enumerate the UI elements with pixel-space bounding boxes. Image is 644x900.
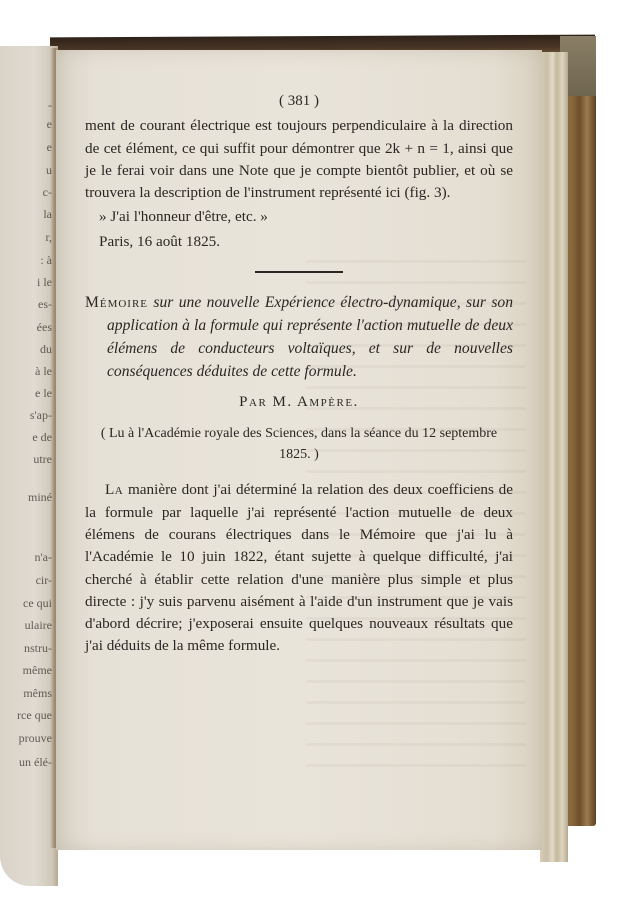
body-lead: La: [105, 481, 123, 498]
right-page: ( 381 ) ment de courant électrique est t…: [56, 50, 542, 850]
memoir-title-lead: Mémoire: [85, 294, 148, 311]
body-text: manière dont j'ai déterminé la relation …: [85, 481, 513, 654]
author-line: Par M. Ampère.: [85, 391, 513, 413]
left-page-text-fragment: un élé-: [19, 755, 52, 770]
page-text-block: ( 381 ) ment de courant électrique est t…: [85, 90, 513, 658]
page-number: ( 381 ): [85, 90, 513, 112]
section-divider: [255, 271, 343, 273]
left-page-text-fragment: nstru-: [24, 641, 52, 656]
opening-paragraph: ment de courant électrique est toujours …: [85, 115, 513, 204]
left-page-text-fragment: ulaire: [25, 618, 52, 633]
left-page-text-fragment: miné: [28, 490, 52, 505]
left-page-text-fragment: même: [23, 663, 52, 678]
left-page-text-fragment: rce que: [17, 708, 52, 723]
page-stack-edge: [540, 52, 568, 862]
memoir-title-rest: sur une nouvelle Expérience électro-dyna…: [107, 294, 513, 380]
place-date: Paris, 16 août 1825.: [85, 231, 513, 253]
read-note: ( Lu à l'Académie royale des Sciences, d…: [85, 423, 513, 465]
left-page-text-fragment: s'ap-: [30, 408, 52, 423]
body-paragraph: La manière dont j'ai déterminé la relati…: [85, 479, 513, 657]
left-page-text-fragment: mêms: [23, 686, 52, 701]
left-page-text-fragment: ce qui: [23, 596, 52, 611]
memoir-title: Mémoire sur une nouvelle Expérience élec…: [85, 291, 513, 383]
closing-salutation: » J'ai l'honneur d'être, etc. »: [85, 206, 513, 228]
left-page-text-fragment: prouve: [19, 731, 52, 746]
